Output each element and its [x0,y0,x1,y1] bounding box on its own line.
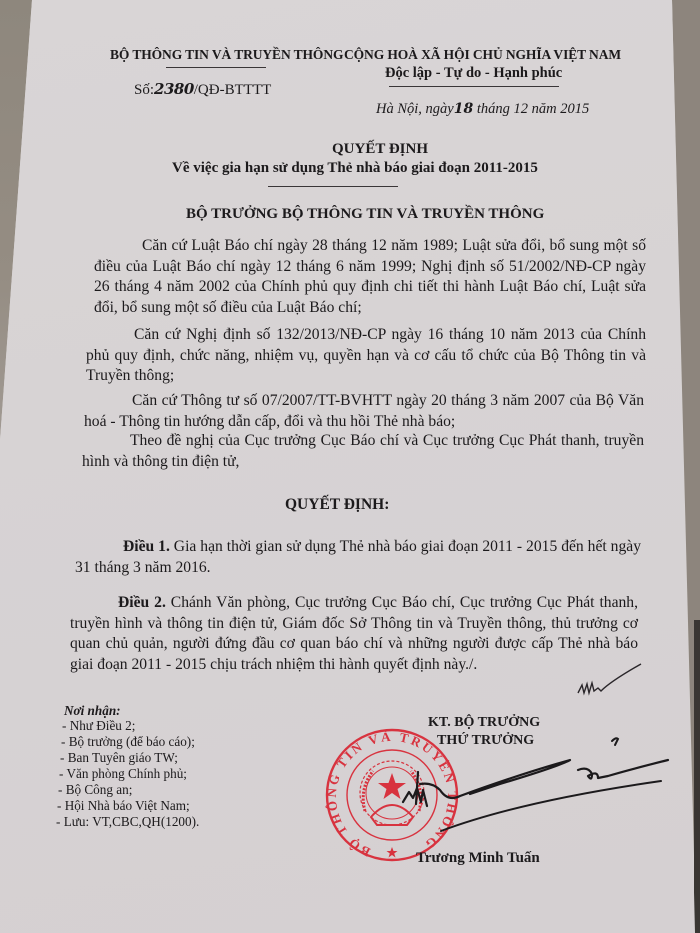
handwritten-signature [0,0,700,933]
document-page: BỘ THÔNG TIN VÀ TRUYỀN THÔNG Số:2380/QĐ-… [0,0,700,933]
background-shadow-right [694,620,700,933]
signer-name: Trương Minh Tuấn [416,850,540,867]
